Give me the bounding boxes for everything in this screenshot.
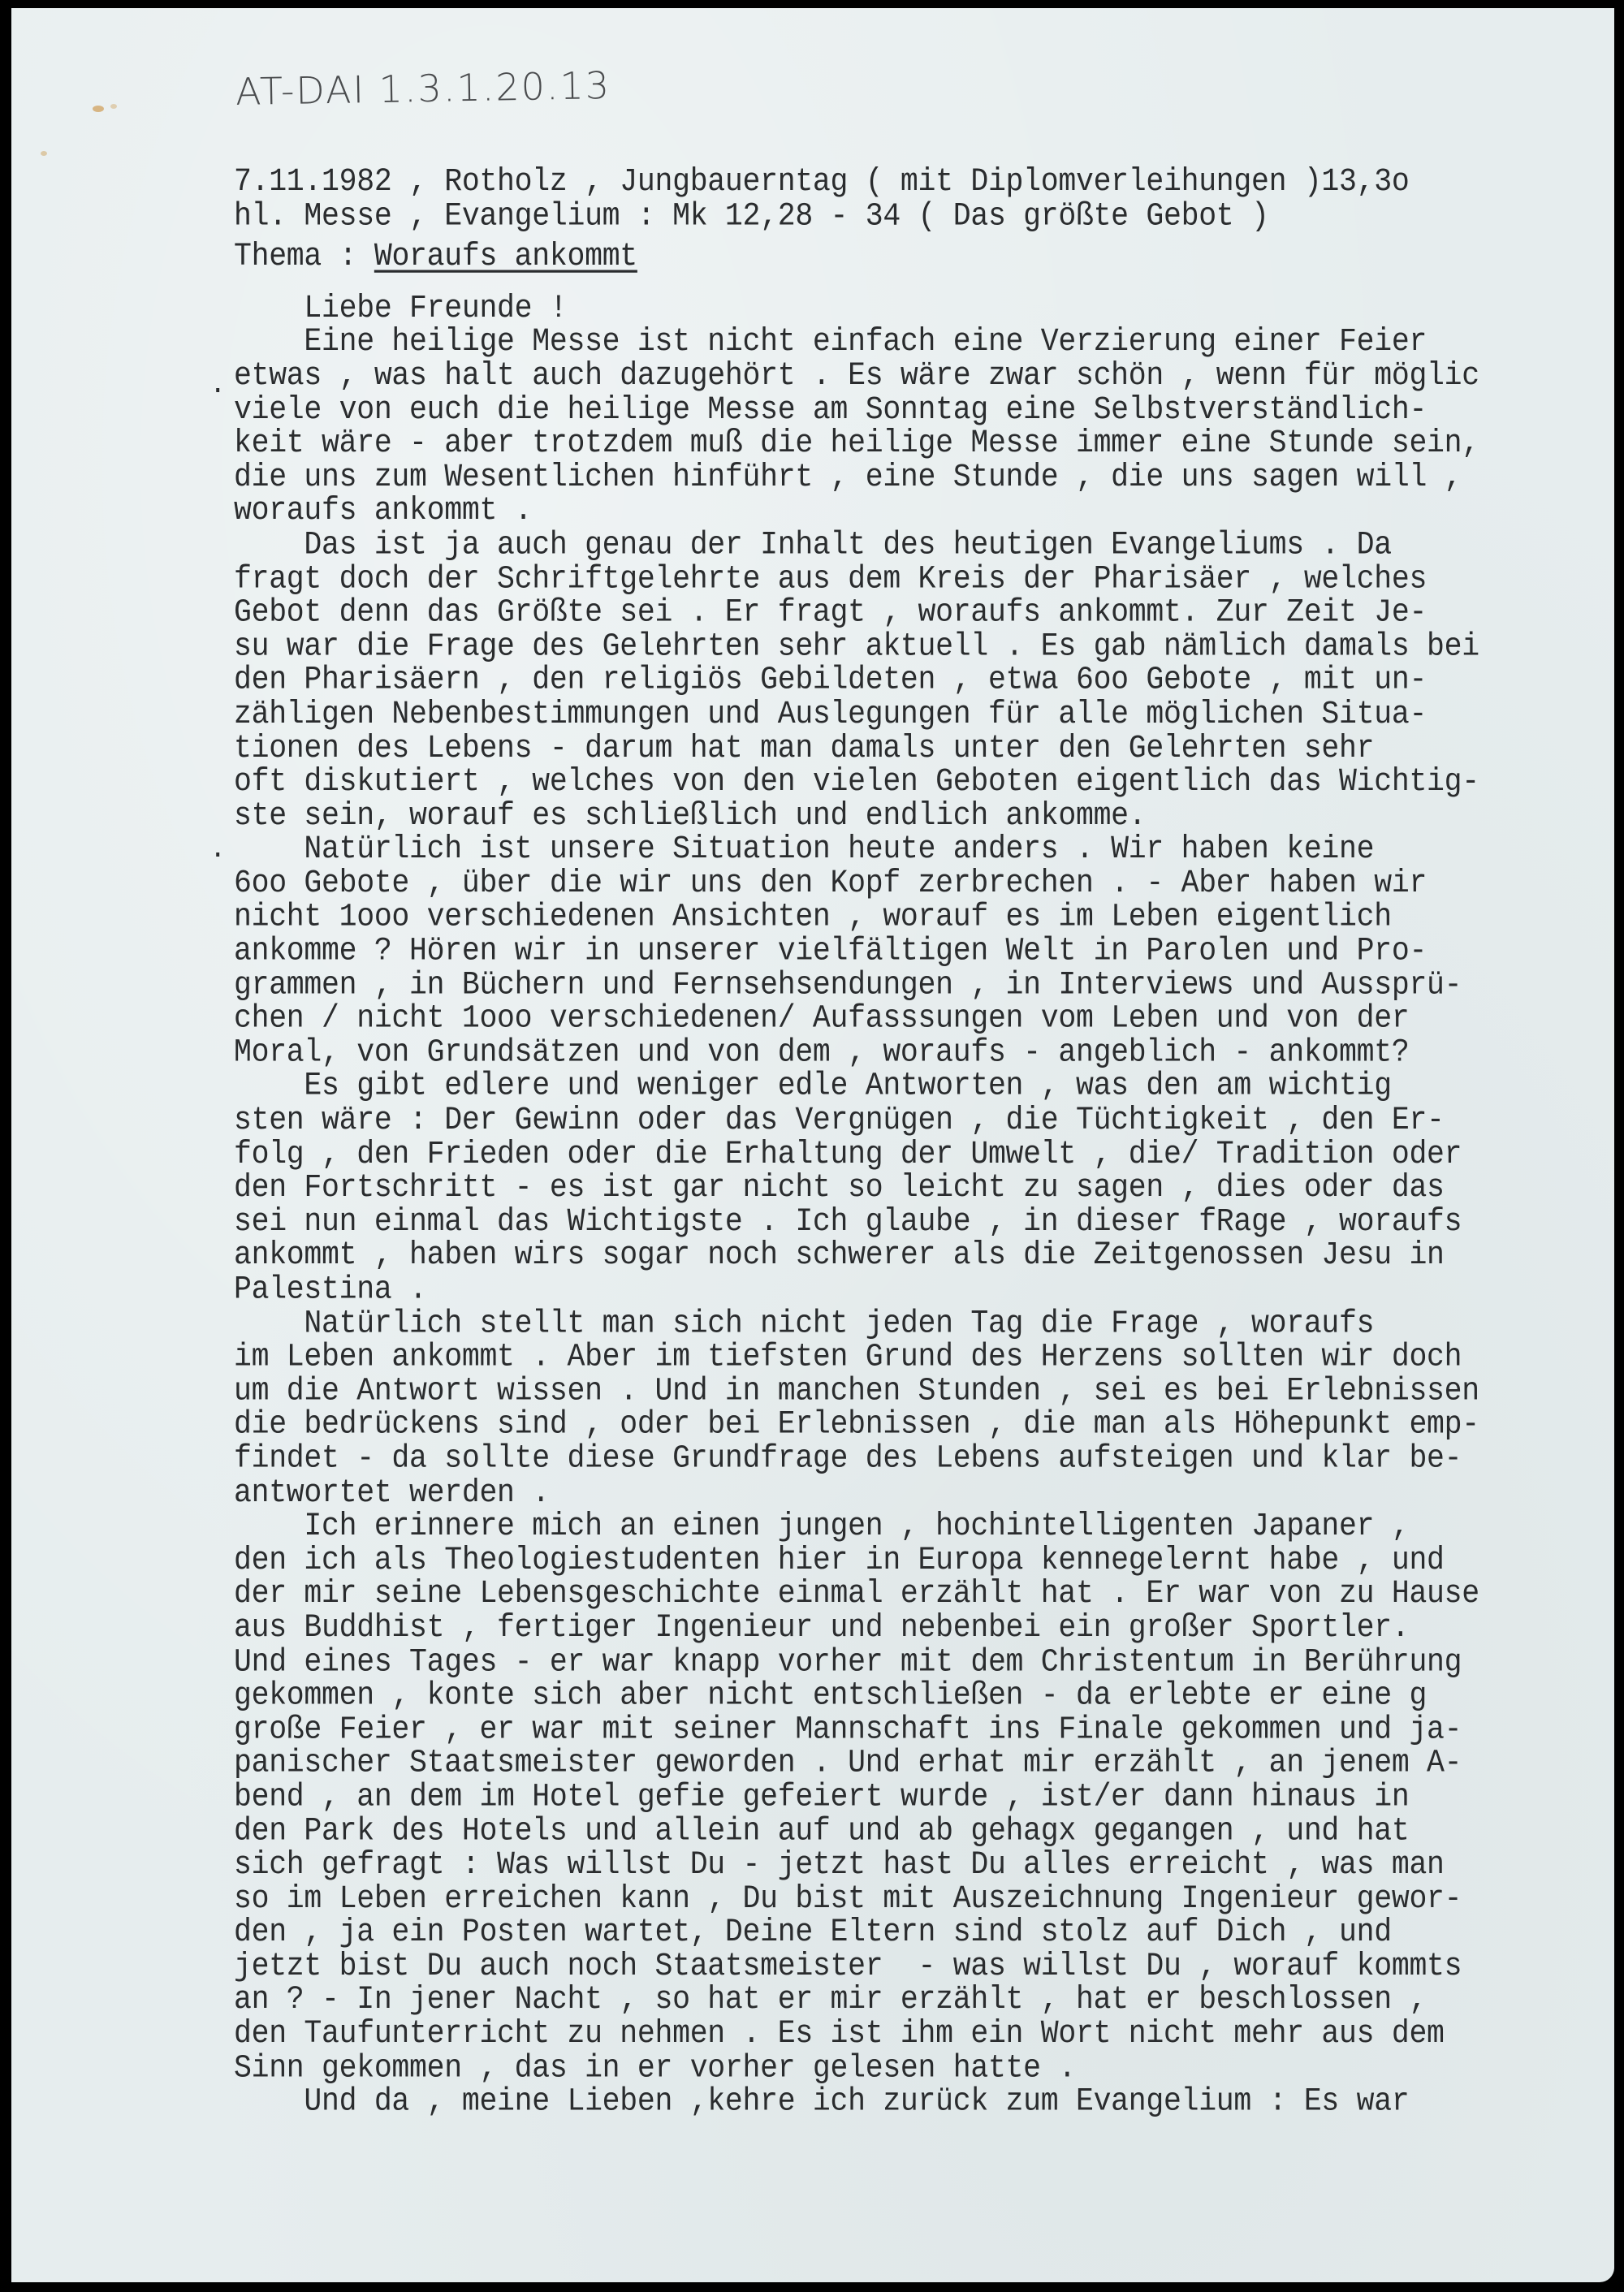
text-line: sten wäre : Der Gewinn oder das Vergnüge… <box>234 1104 1614 1138</box>
text-line: Sinn gekommen , das in er vorher gelesen… <box>234 2052 1614 2086</box>
text-line: fragt doch der Schriftgelehrte aus dem K… <box>234 563 1614 597</box>
text-line: Eine heilige Messe ist nicht einfach ein… <box>234 326 1614 360</box>
text-line: antwortet werden . <box>234 1476 1614 1510</box>
theme-label: Thema : <box>234 239 374 274</box>
text-line: gekommen , konte sich aber nicht entschl… <box>234 1679 1614 1713</box>
text-line: grammen , in Büchern und Fernsehsendunge… <box>234 969 1614 1003</box>
text-line: an ? - In jener Nacht , so hat er mir er… <box>234 1983 1614 2018</box>
text-line: Moral, von Grundsätzen und von dem , wor… <box>234 1036 1614 1070</box>
text-line: su war die Frage des Gelehrten sehr aktu… <box>234 630 1614 664</box>
text-line: nicht 1ooo verschiedenen Ansichten , wor… <box>234 901 1614 935</box>
text-line: Und da , meine Lieben ,kehre ich zurück … <box>234 2085 1614 2119</box>
text-line: den Fortschritt - es ist gar nicht so le… <box>234 1172 1614 1206</box>
paper-stain <box>93 106 104 112</box>
text-line: keit wäre - aber trotzdem muß die heilig… <box>234 427 1614 461</box>
text-line: folg , den Frieden oder die Erhaltung de… <box>234 1137 1614 1172</box>
text-line: ankommt , haben wirs sogar noch schwerer… <box>234 1239 1614 1273</box>
sermon-body: Liebe Freunde ! Eine heilige Messe ist n… <box>234 291 1614 2119</box>
text-line: Das ist ja auch genau der Inhalt des heu… <box>234 529 1614 563</box>
text-line: Und eines Tages - er war knapp vorher mi… <box>234 1646 1614 1680</box>
text-line: aus Buddhist , fertiger Ingenieur und ne… <box>234 1612 1614 1646</box>
text-line: bend , an dem im Hotel gefie gefeiert wu… <box>234 1781 1614 1815</box>
text-line: findet - da sollte diese Grundfrage des … <box>234 1442 1614 1476</box>
text-line: woraufs ankommt . <box>234 494 1614 529</box>
text-line: im Leben ankommt . Aber im tiefsten Grun… <box>234 1340 1614 1375</box>
paper-stain <box>110 104 117 109</box>
text-line: Natürlich stellt man sich nicht jeden Ta… <box>234 1307 1614 1341</box>
text-line: sei nun einmal das Wichtigste . Ich glau… <box>234 1206 1614 1240</box>
header-date-location: 7.11.1982 , Rotholz , Jungbauerntag ( mi… <box>234 166 1614 200</box>
text-line: ste sein, worauf es schließlich und endl… <box>234 800 1614 834</box>
text-line: den ich als Theologiestudenten hier in E… <box>234 1543 1614 1578</box>
text-line: den Pharisäern , den religiös Gebildeten… <box>234 664 1614 698</box>
text-line: ankomme ? Hören wir in unserer vielfälti… <box>234 934 1614 969</box>
text-line: die uns zum Wesentlichen hinführt , eine… <box>234 461 1614 495</box>
text-line: tionen des Lebens - darum hat man damals… <box>234 732 1614 766</box>
text-line: chen / nicht 1ooo verschiedenen/ Aufasss… <box>234 1003 1614 1037</box>
text-line: oft diskutiert , welches von den vielen … <box>234 766 1614 800</box>
text-line: jetzt bist Du auch noch Staatsmeister - … <box>234 1950 1614 1984</box>
text-line: Palestina . <box>234 1273 1614 1307</box>
text-line: sich gefragt : Was willst Du - jetzt has… <box>234 1849 1614 1883</box>
spacer <box>234 274 1614 292</box>
text-line: etwas , was halt auch dazugehört . Es wä… <box>234 360 1614 394</box>
archive-signature: AT-DAI 1.3.1.20.13 <box>235 63 611 114</box>
text-line: Natürlich ist unsere Situation heute and… <box>234 833 1614 867</box>
text-line: große Feier , er war mit seiner Mannscha… <box>234 1713 1614 1747</box>
margin-dot: . <box>209 835 226 865</box>
text-line: viele von euch die heilige Messe am Sonn… <box>234 393 1614 427</box>
text-line: den Taufunterricht zu nehmen . Es ist ih… <box>234 2018 1614 2052</box>
text-line: 6oo Gebote , über die wir uns den Kopf z… <box>234 867 1614 901</box>
text-line: die bedrückens sind , oder bei Erlebniss… <box>234 1409 1614 1443</box>
margin-dot: . <box>209 370 226 401</box>
text-line: Liebe Freunde ! <box>234 291 1614 326</box>
text-line: panischer Staatsmeister geworden . Und e… <box>234 1747 1614 1781</box>
header-mass-gospel: hl. Messe , Evangelium : Mk 12,28 - 34 (… <box>234 200 1614 234</box>
text-line: so im Leben erreichen kann , Du bist mit… <box>234 1882 1614 1916</box>
text-line: den , ja ein Posten wartet, Deine Eltern… <box>234 1916 1614 1950</box>
paper-stain <box>41 151 47 156</box>
text-line: um die Antwort wissen . Und in manchen S… <box>234 1375 1614 1409</box>
text-line: Ich erinnere mich an einen jungen , hoch… <box>234 1510 1614 1544</box>
text-line: den Park des Hotels und allein auf und a… <box>234 1815 1614 1849</box>
typewritten-text: 7.11.1982 , Rotholz , Jungbauerntag ( mi… <box>234 166 1614 2119</box>
theme-title: Woraufs ankommt <box>374 239 637 274</box>
theme-line: Thema : Woraufs ankommt <box>234 240 1614 274</box>
text-line: Gebot denn das Größte sei . Er fragt , w… <box>234 596 1614 630</box>
text-line: Es gibt edlere und weniger edle Antworte… <box>234 1070 1614 1104</box>
text-line: zähligen Nebenbestimmungen und Auslegung… <box>234 697 1614 732</box>
text-line: der mir seine Lebensgeschichte einmal er… <box>234 1578 1614 1612</box>
